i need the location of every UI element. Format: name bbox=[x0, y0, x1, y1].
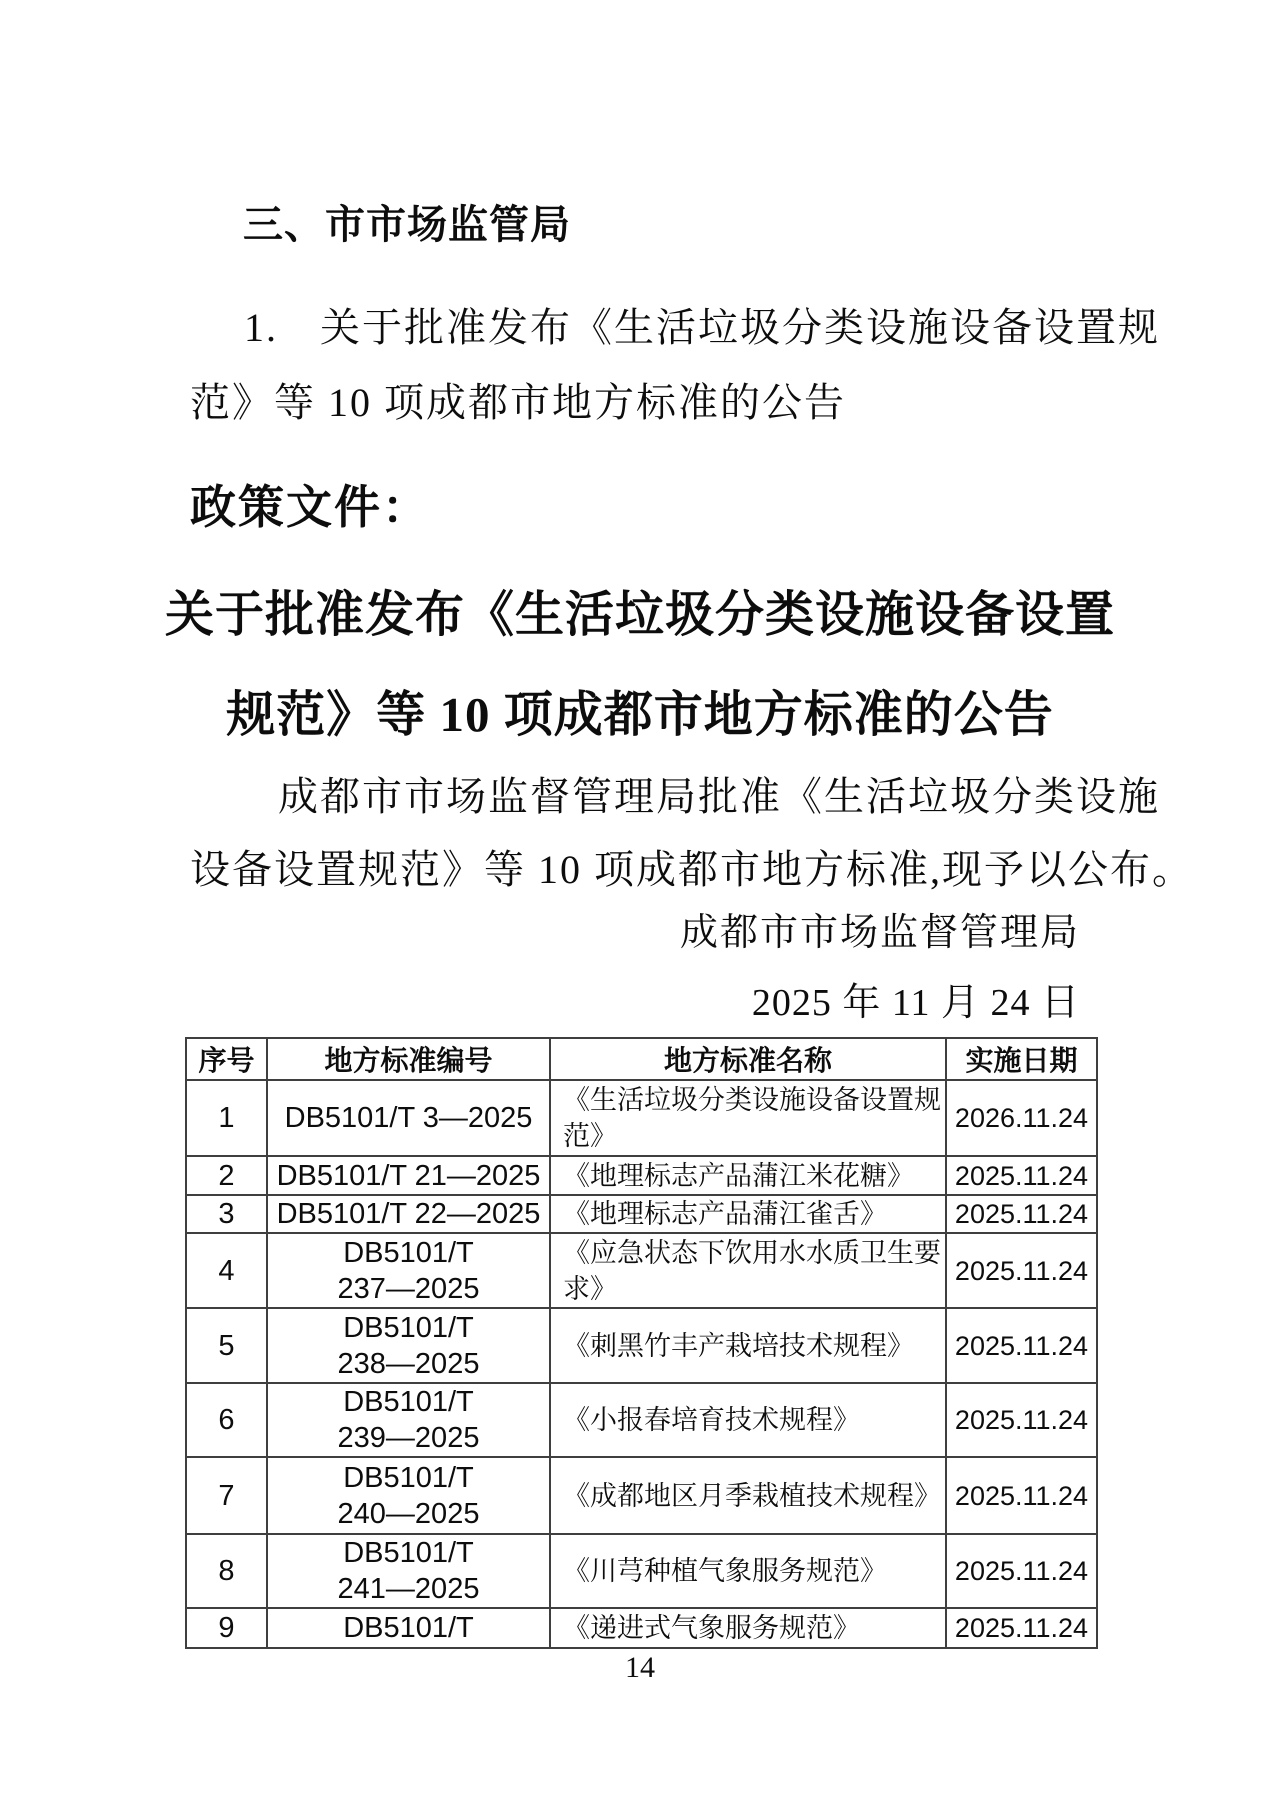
cell-standard-name-line: 求》 bbox=[563, 1271, 945, 1307]
cell-serial-number-line: 3 bbox=[187, 1196, 266, 1232]
cell-standard-name-line: 《地理标志产品蒲江米花糖》 bbox=[563, 1158, 945, 1194]
cell-standard-code: DB5101/T 22—2025 bbox=[267, 1195, 550, 1233]
cell-standard-code: DB5101/T240—2025 bbox=[267, 1457, 550, 1534]
announcement-title-line-1: 关于批准发布《生活垃圾分类设施设备设置 bbox=[0, 565, 1280, 665]
standards-table-header: 序号 地方标准编号 地方标准名称 实施日期 bbox=[186, 1038, 1097, 1080]
cell-serial-number: 2 bbox=[186, 1156, 267, 1195]
cell-standard-code-line: 241—2025 bbox=[268, 1571, 549, 1607]
cell-standard-code-line: DB5101/T bbox=[268, 1235, 549, 1271]
cell-standard-name: 《递进式气象服务规范》 bbox=[550, 1608, 946, 1648]
cell-standard-name-line: 《递进式气象服务规范》 bbox=[563, 1610, 945, 1646]
announcement-body: 成都市市场监督管理局批准《生活垃圾分类设施 设备设置规范》等 10 项成都市地方… bbox=[190, 760, 1170, 906]
cell-serial-number-line: 6 bbox=[187, 1402, 266, 1438]
cell-implementation-date: 2025.11.24 bbox=[946, 1457, 1097, 1534]
cell-standard-name-line: 《地理标志产品蒲江雀舌》 bbox=[563, 1196, 945, 1232]
cell-standard-name: 《川芎种植气象服务规范》 bbox=[550, 1534, 946, 1608]
table-row: 5DB5101/T238—2025《刺黑竹丰产栽培技术规程》2025.11.24 bbox=[186, 1308, 1097, 1383]
cell-standard-code-line: 237—2025 bbox=[268, 1271, 549, 1307]
cell-standard-code: DB5101/T 3—2025 bbox=[267, 1080, 550, 1156]
item-1-line-1: 1. 关于批准发布《生活垃圾分类设施设备设置规 bbox=[190, 290, 1170, 365]
cell-serial-number-line: 2 bbox=[187, 1158, 266, 1194]
cell-standard-name-line: 范》 bbox=[563, 1118, 945, 1154]
table-row: 8DB5101/T241—2025《川芎种植气象服务规范》2025.11.24 bbox=[186, 1534, 1097, 1608]
standards-table: 序号 地方标准编号 地方标准名称 实施日期 1DB5101/T 3—2025《生… bbox=[185, 1037, 1098, 1649]
cell-standard-code-line: 239—2025 bbox=[268, 1420, 549, 1456]
cell-serial-number: 5 bbox=[186, 1308, 267, 1383]
cell-standard-code-line: DB5101/T 3—2025 bbox=[268, 1100, 549, 1136]
cell-implementation-date: 2025.11.24 bbox=[946, 1383, 1097, 1457]
cell-standard-code-line: DB5101/T bbox=[268, 1610, 549, 1646]
cell-standard-code: DB5101/T 21—2025 bbox=[267, 1156, 550, 1195]
cell-serial-number: 8 bbox=[186, 1534, 267, 1608]
section-heading: 三、市市场监管局 bbox=[243, 203, 571, 247]
cell-standard-code: DB5101/T bbox=[267, 1608, 550, 1648]
cell-standard-name-line: 《成都地区月季栽植技术规程》 bbox=[563, 1478, 945, 1514]
table-row: 9DB5101/T《递进式气象服务规范》2025.11.24 bbox=[186, 1608, 1097, 1648]
table-row: 6DB5101/T239—2025《小报春培育技术规程》2025.11.24 bbox=[186, 1383, 1097, 1457]
cell-standard-name: 《成都地区月季栽植技术规程》 bbox=[550, 1457, 946, 1534]
header-standard-name: 地方标准名称 bbox=[550, 1038, 946, 1080]
issue-date: 2025 年 11 月 24 日 bbox=[190, 980, 1080, 1026]
cell-implementation-date-line: 2025.11.24 bbox=[947, 1402, 1096, 1438]
cell-implementation-date-line: 2025.11.24 bbox=[947, 1158, 1096, 1194]
cell-implementation-date: 2025.11.24 bbox=[946, 1308, 1097, 1383]
item-1-paragraph: 1. 关于批准发布《生活垃圾分类设施设备设置规 范》等 10 项成都市地方标准的… bbox=[190, 290, 1170, 440]
cell-implementation-date-line: 2025.11.24 bbox=[947, 1328, 1096, 1364]
cell-serial-number: 3 bbox=[186, 1195, 267, 1233]
standards-table-body: 1DB5101/T 3—2025《生活垃圾分类设施设备设置规范》2026.11.… bbox=[186, 1080, 1097, 1648]
cell-implementation-date-line: 2025.11.24 bbox=[947, 1478, 1096, 1514]
cell-standard-code: DB5101/T239—2025 bbox=[267, 1383, 550, 1457]
cell-standard-name: 《地理标志产品蒲江雀舌》 bbox=[550, 1195, 946, 1233]
item-1-line-2: 范》等 10 项成都市地方标准的公告 bbox=[190, 365, 1170, 440]
cell-standard-code-line: 238—2025 bbox=[268, 1346, 549, 1382]
table-row: 3DB5101/T 22—2025《地理标志产品蒲江雀舌》2025.11.24 bbox=[186, 1195, 1097, 1233]
cell-implementation-date-line: 2026.11.24 bbox=[947, 1100, 1096, 1136]
cell-implementation-date: 2025.11.24 bbox=[946, 1195, 1097, 1233]
table-row: 1DB5101/T 3—2025《生活垃圾分类设施设备设置规范》2026.11.… bbox=[186, 1080, 1097, 1156]
announcement-body-line-1: 成都市市场监督管理局批准《生活垃圾分类设施 bbox=[190, 760, 1170, 833]
cell-implementation-date-line: 2025.11.24 bbox=[947, 1196, 1096, 1232]
cell-serial-number-line: 4 bbox=[187, 1253, 266, 1289]
cell-implementation-date-line: 2025.11.24 bbox=[947, 1253, 1096, 1289]
cell-serial-number: 4 bbox=[186, 1233, 267, 1308]
cell-serial-number-line: 9 bbox=[187, 1610, 266, 1646]
table-row: 2DB5101/T 21—2025《地理标志产品蒲江米花糖》2025.11.24 bbox=[186, 1156, 1097, 1195]
cell-serial-number: 6 bbox=[186, 1383, 267, 1457]
cell-standard-code-line: DB5101/T bbox=[268, 1460, 549, 1496]
cell-standard-code-line: DB5101/T 22—2025 bbox=[268, 1196, 549, 1232]
cell-standard-name: 《生活垃圾分类设施设备设置规范》 bbox=[550, 1080, 946, 1156]
table-header-row: 序号 地方标准编号 地方标准名称 实施日期 bbox=[186, 1038, 1097, 1080]
cell-standard-code-line: DB5101/T bbox=[268, 1384, 549, 1420]
cell-serial-number-line: 5 bbox=[187, 1328, 266, 1364]
cell-standard-name-line: 《小报春培育技术规程》 bbox=[563, 1402, 945, 1438]
cell-standard-name-line: 《生活垃圾分类设施设备设置规 bbox=[563, 1082, 945, 1118]
cell-implementation-date: 2025.11.24 bbox=[946, 1233, 1097, 1308]
cell-standard-code: DB5101/T238—2025 bbox=[267, 1308, 550, 1383]
cell-implementation-date: 2026.11.24 bbox=[946, 1080, 1097, 1156]
cell-standard-code-line: 240—2025 bbox=[268, 1496, 549, 1532]
page-number: 14 bbox=[0, 1650, 1280, 1686]
cell-standard-name: 《地理标志产品蒲江米花糖》 bbox=[550, 1156, 946, 1195]
cell-serial-number-line: 8 bbox=[187, 1553, 266, 1589]
cell-serial-number-line: 7 bbox=[187, 1478, 266, 1514]
issuing-authority-signature: 成都市市场监督管理局 bbox=[190, 910, 1080, 956]
table-row: 4DB5101/T237—2025《应急状态下饮用水水质卫生要求》2025.11… bbox=[186, 1233, 1097, 1308]
cell-standard-code: DB5101/T237—2025 bbox=[267, 1233, 550, 1308]
cell-implementation-date-line: 2025.11.24 bbox=[947, 1553, 1096, 1589]
announcement-title-line-2: 规范》等 10 项成都市地方标准的公告 bbox=[0, 665, 1280, 765]
document-page: 三、市市场监管局 1. 关于批准发布《生活垃圾分类设施设备设置规 范》等 10 … bbox=[0, 0, 1280, 1810]
cell-serial-number: 1 bbox=[186, 1080, 267, 1156]
header-implementation-date: 实施日期 bbox=[946, 1038, 1097, 1080]
cell-implementation-date-line: 2025.11.24 bbox=[947, 1610, 1096, 1646]
cell-standard-code-line: DB5101/T bbox=[268, 1310, 549, 1346]
cell-serial-number-line: 1 bbox=[187, 1100, 266, 1136]
cell-serial-number: 9 bbox=[186, 1608, 267, 1648]
cell-standard-code-line: DB5101/T 21—2025 bbox=[268, 1158, 549, 1194]
header-standard-code: 地方标准编号 bbox=[267, 1038, 550, 1080]
policy-file-label: 政策文件： bbox=[190, 478, 430, 538]
cell-standard-name: 《刺黑竹丰产栽培技术规程》 bbox=[550, 1308, 946, 1383]
cell-implementation-date: 2025.11.24 bbox=[946, 1156, 1097, 1195]
announcement-body-line-2: 设备设置规范》等 10 项成都市地方标准,现予以公布。 bbox=[190, 833, 1170, 906]
cell-standard-code-line: DB5101/T bbox=[268, 1535, 549, 1571]
header-serial-number: 序号 bbox=[186, 1038, 267, 1080]
table-row: 7DB5101/T240—2025《成都地区月季栽植技术规程》2025.11.2… bbox=[186, 1457, 1097, 1534]
cell-standard-name-line: 《刺黑竹丰产栽培技术规程》 bbox=[563, 1328, 945, 1364]
announcement-title: 关于批准发布《生活垃圾分类设施设备设置 规范》等 10 项成都市地方标准的公告 bbox=[0, 565, 1280, 765]
cell-standard-name-line: 《应急状态下饮用水水质卫生要 bbox=[563, 1235, 945, 1271]
cell-implementation-date: 2025.11.24 bbox=[946, 1608, 1097, 1648]
cell-implementation-date: 2025.11.24 bbox=[946, 1534, 1097, 1608]
cell-standard-code: DB5101/T241—2025 bbox=[267, 1534, 550, 1608]
cell-serial-number: 7 bbox=[186, 1457, 267, 1534]
cell-standard-name-line: 《川芎种植气象服务规范》 bbox=[563, 1553, 945, 1589]
cell-standard-name: 《应急状态下饮用水水质卫生要求》 bbox=[550, 1233, 946, 1308]
cell-standard-name: 《小报春培育技术规程》 bbox=[550, 1383, 946, 1457]
